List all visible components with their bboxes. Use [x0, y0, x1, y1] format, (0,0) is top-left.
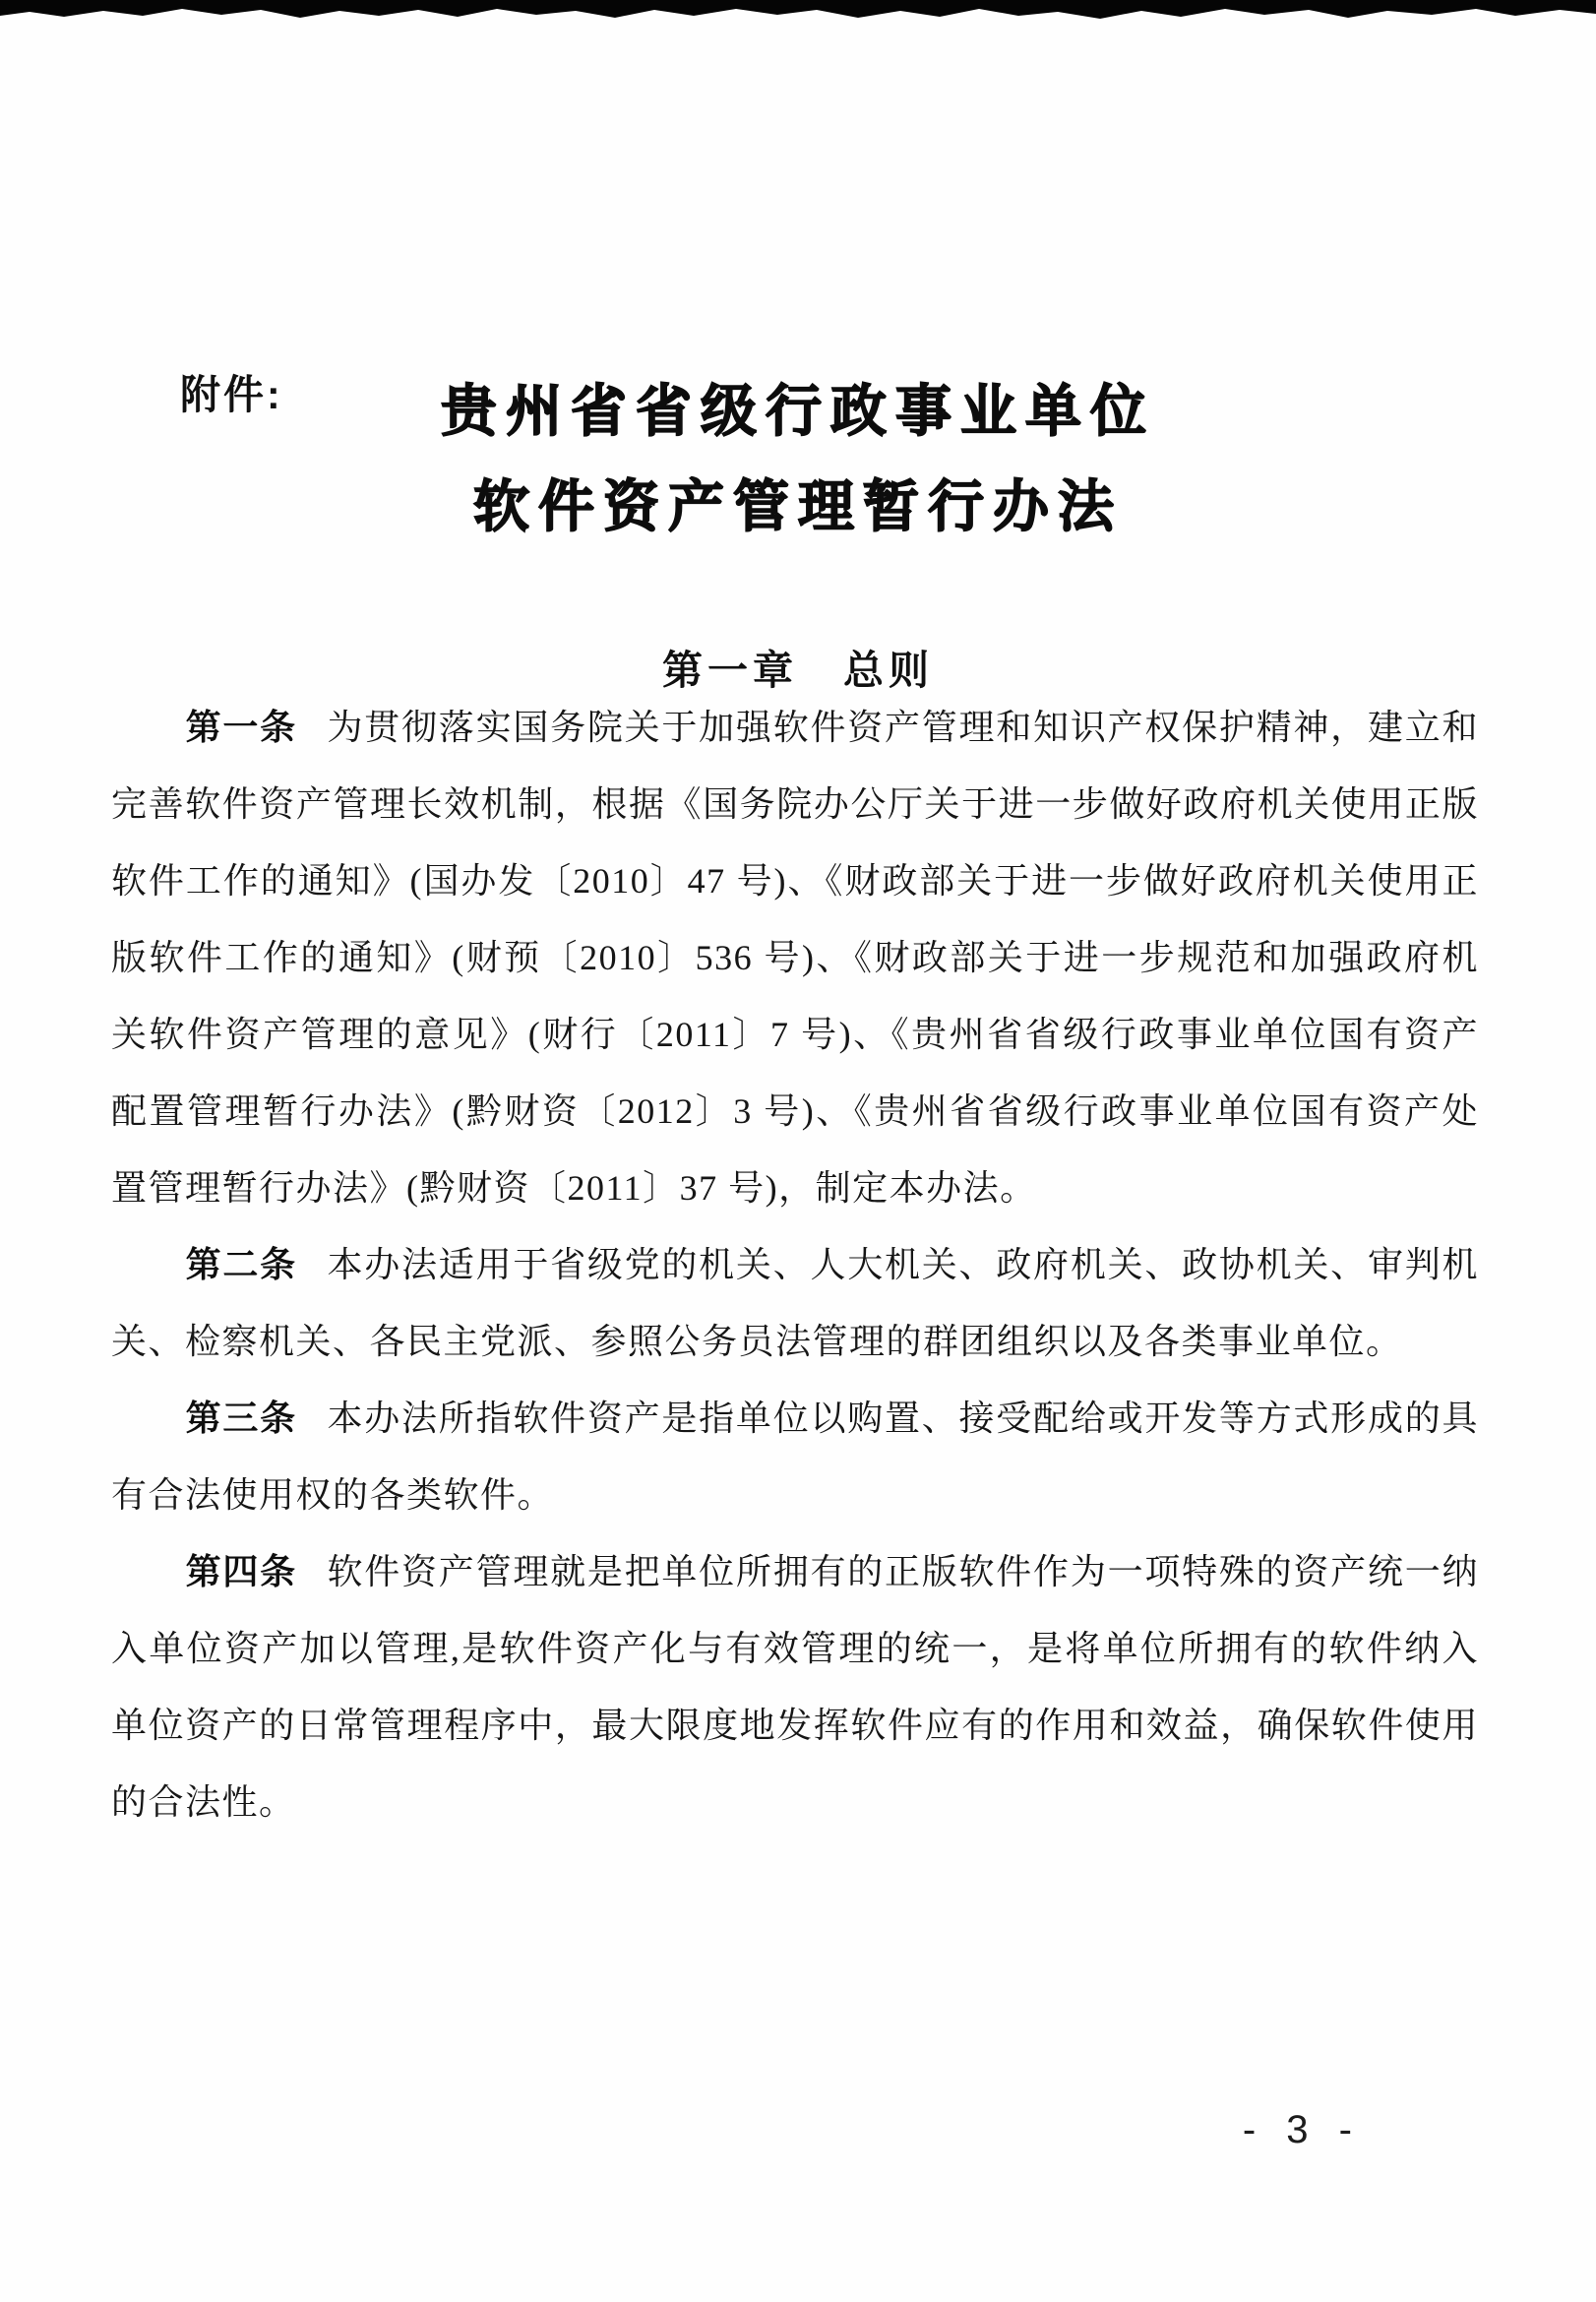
article-1-text: 为贯彻落实国务院关于加强软件资产管理和知识产权保护精神，建立和完善软件资产管理长… — [111, 708, 1479, 1208]
article-4: 第四条软件资产管理就是把单位所拥有的正版软件作为一项特殊的资产统一纳入单位资产加… — [111, 1533, 1479, 1840]
article-1-label: 第一条 — [186, 707, 297, 747]
article-2: 第二条本办法适用于省级党的机关、人大机关、政府机关、政协机关、审判机关、检察机关… — [111, 1226, 1479, 1380]
article-3-text: 本办法所指软件资产是指单位以购置、接受配给或开发等方式形成的具有合法使用权的各类… — [111, 1399, 1479, 1515]
article-2-label: 第二条 — [186, 1244, 297, 1284]
document-body: 第一条为贯彻落实国务院关于加强软件资产管理和知识产权保护精神，建立和完善软件资产… — [111, 689, 1479, 1840]
scanned-document-page: 附件: 贵州省省级行政事业单位 软件资产管理暂行办法 第一章 总则 第一条为贯彻… — [0, 0, 1596, 2302]
article-3-label: 第三条 — [186, 1398, 297, 1438]
article-2-text: 本办法适用于省级党的机关、人大机关、政府机关、政协机关、审判机关、检察机关、各民… — [111, 1245, 1479, 1361]
article-4-label: 第四条 — [186, 1551, 297, 1591]
page-number: - 3 - — [1243, 2108, 1362, 2152]
chapter-heading: 第一章 总则 — [0, 638, 1596, 696]
document-title: 贵州省省级行政事业单位 软件资产管理暂行办法 — [0, 364, 1596, 555]
article-1: 第一条为贯彻落实国务院关于加强软件资产管理和知识产权保护精神，建立和完善软件资产… — [111, 689, 1479, 1226]
document-title-line-1: 贵州省省级行政事业单位 — [0, 364, 1596, 460]
article-3: 第三条本办法所指软件资产是指单位以购置、接受配给或开发等方式形成的具有合法使用权… — [111, 1380, 1479, 1533]
document-title-line-2: 软件资产管理暂行办法 — [0, 460, 1596, 555]
article-4-text: 软件资产管理就是把单位所拥有的正版软件作为一项特殊的资产统一纳入单位资产加以管理… — [111, 1552, 1479, 1822]
scanner-edge-artifact — [0, 0, 1596, 22]
